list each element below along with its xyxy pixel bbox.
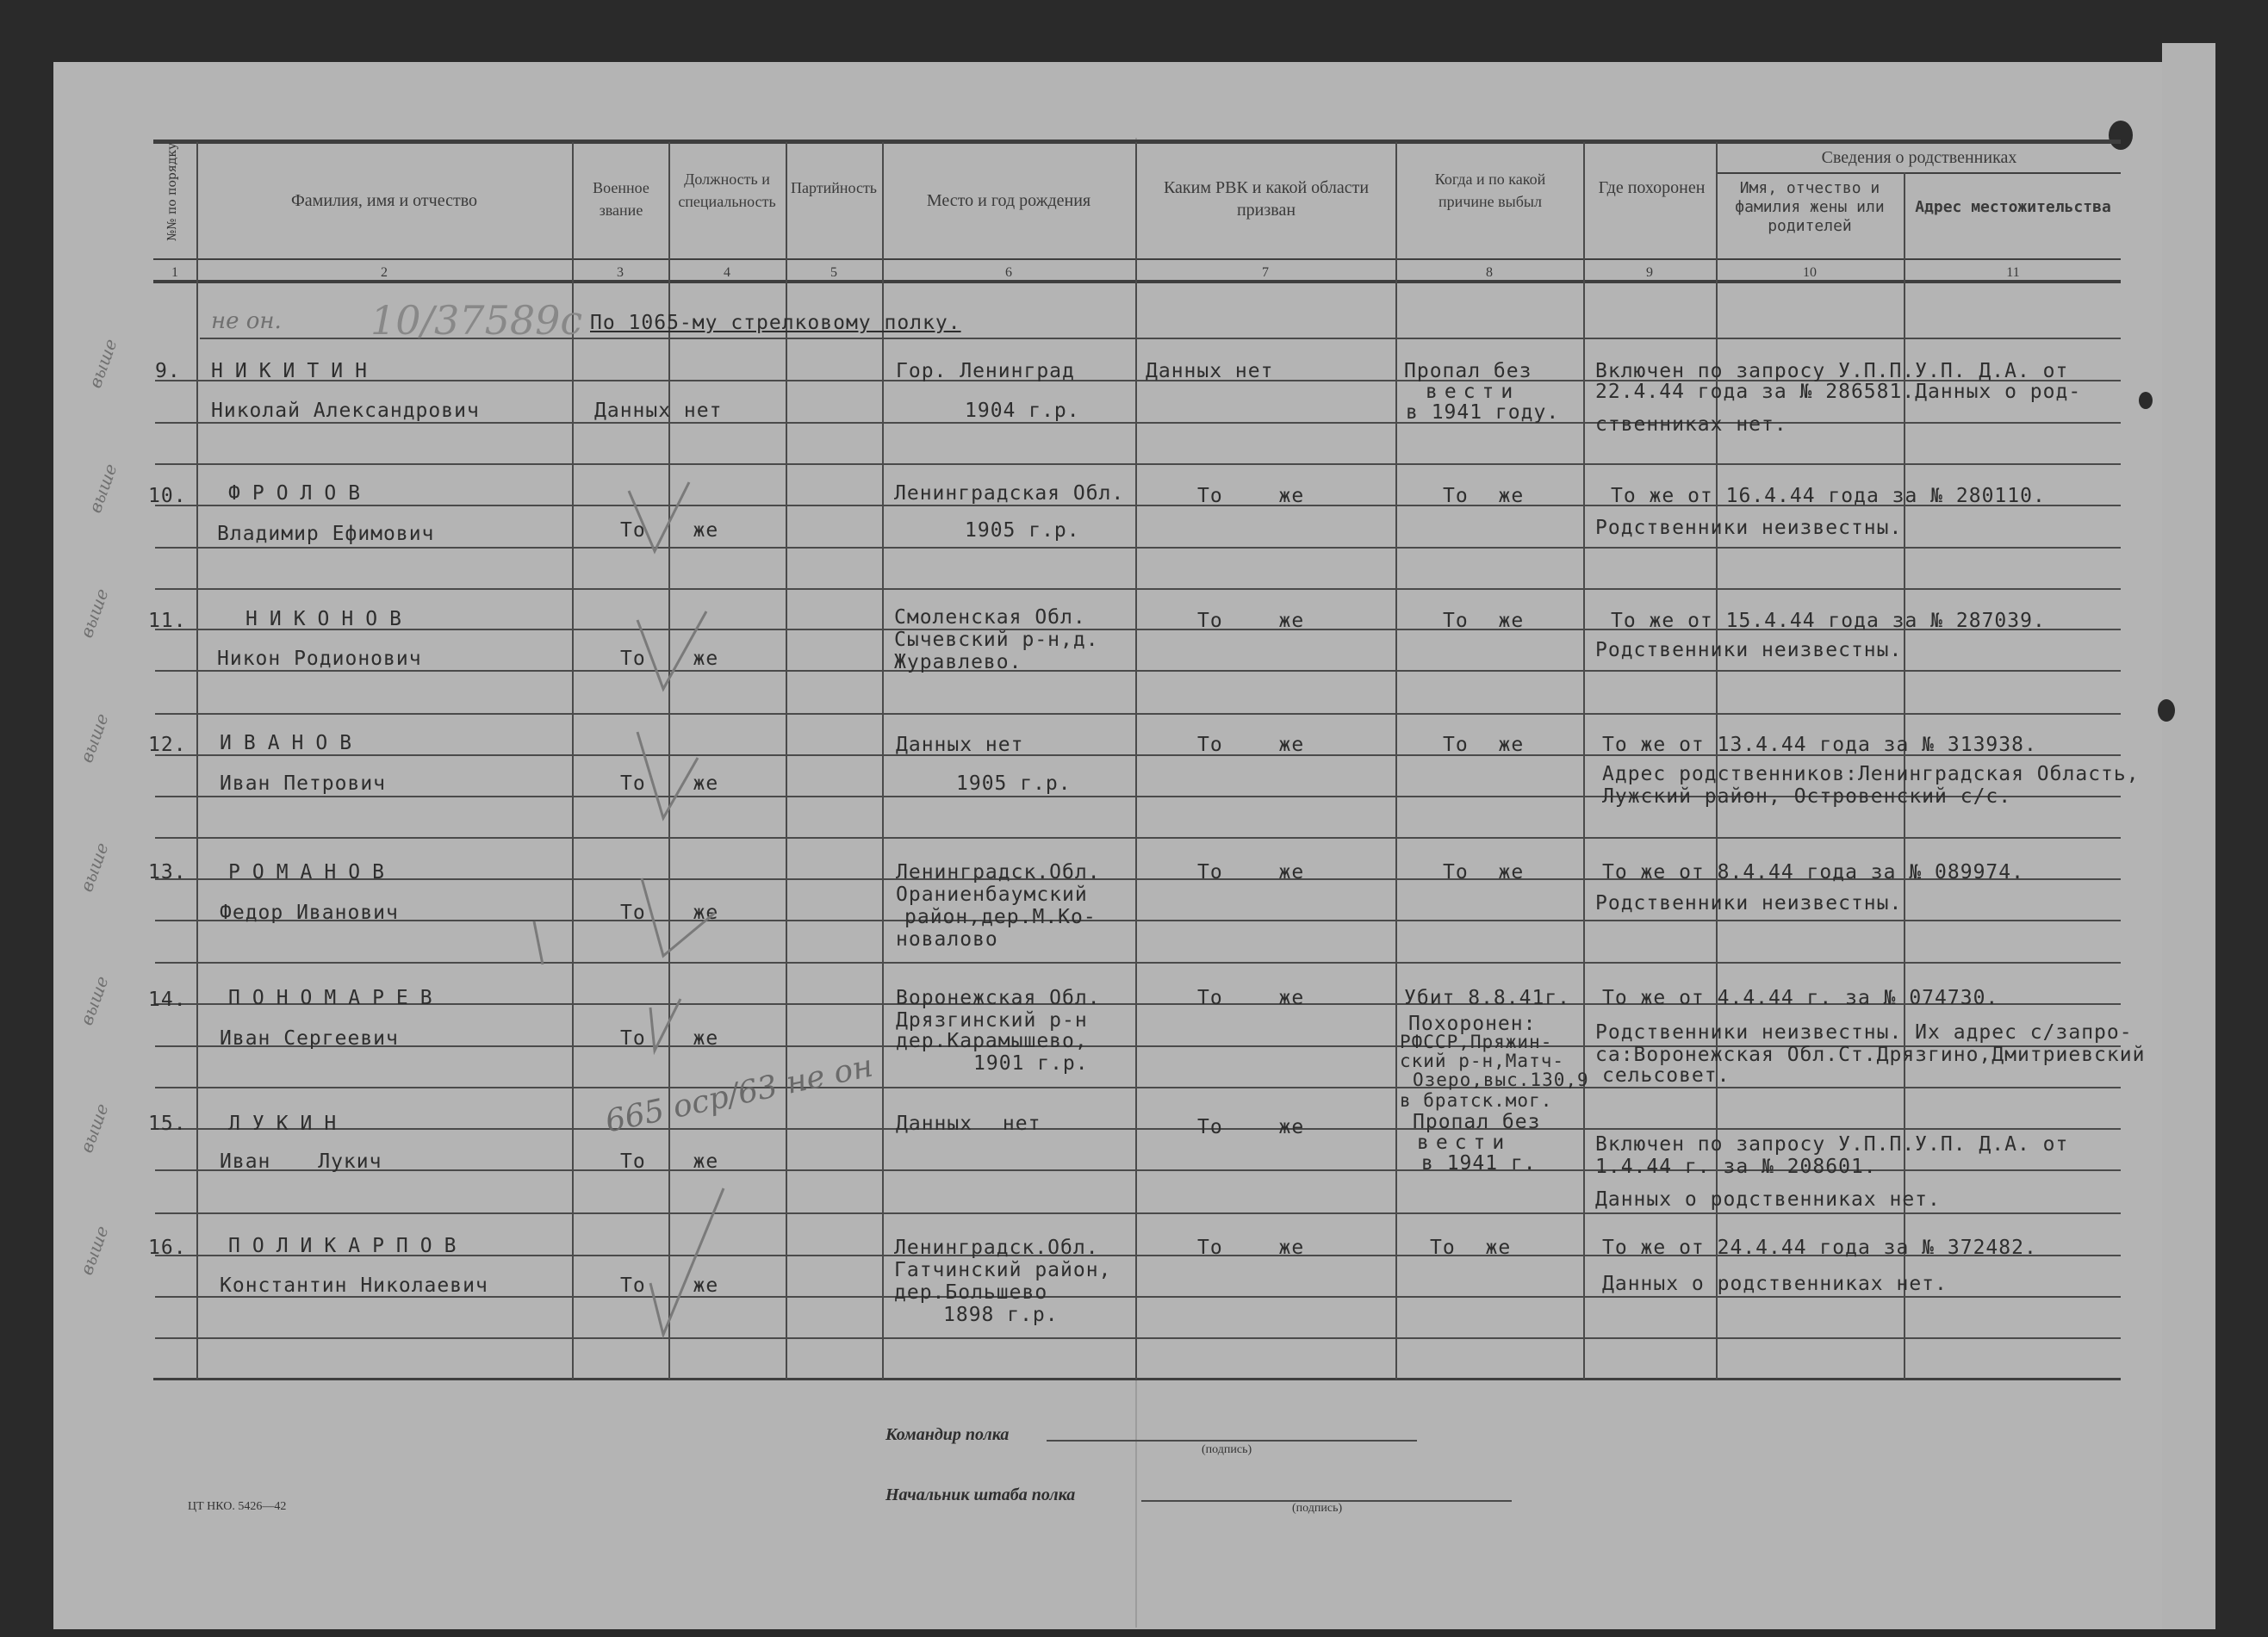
commander-signature-hint: (подпись): [1202, 1443, 1252, 1457]
chief-signature-hint: (подпись): [1292, 1502, 1342, 1516]
commander-label: Командир полка: [885, 1425, 1009, 1445]
chief-of-staff-label: Начальник штаба полка: [885, 1485, 1075, 1505]
pencil-check-marks: [0, 0, 2268, 1637]
commander-signature-line: [1047, 1440, 1417, 1442]
form-code: ЦТ НКО. 5426—42: [188, 1500, 286, 1514]
